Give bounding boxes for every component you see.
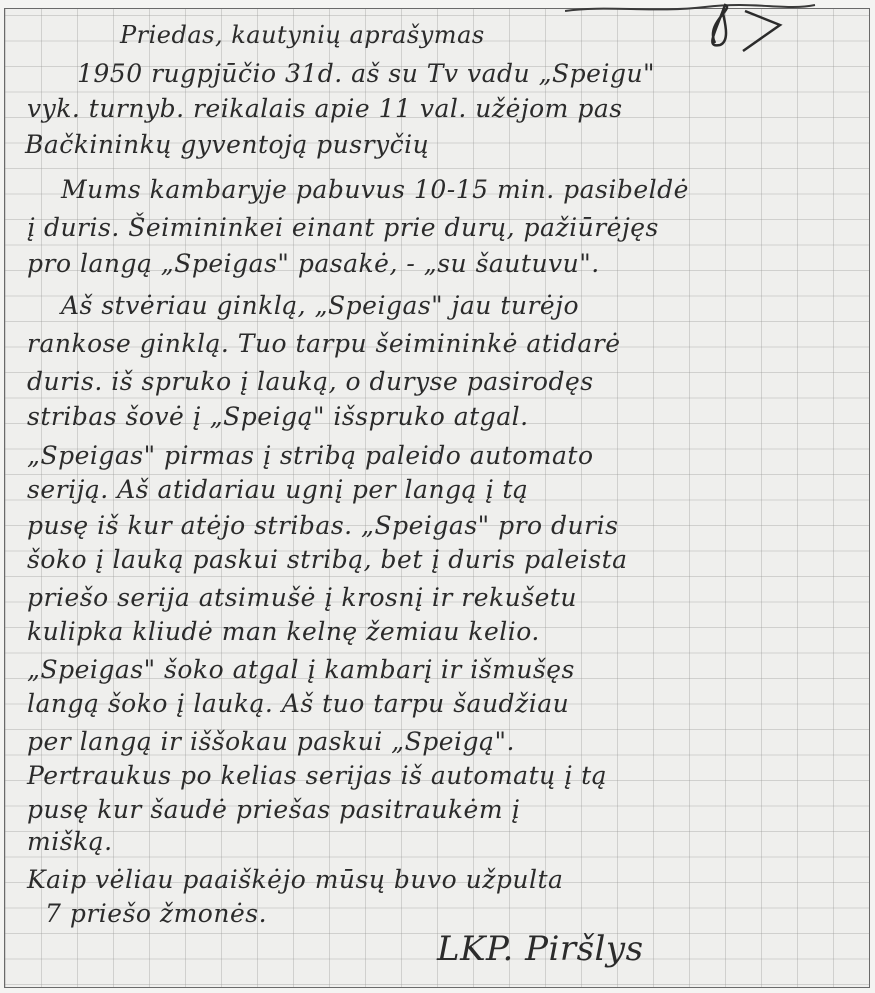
text-line: langą šoko į lauką. Aš tuo tarpu šaudžia… (27, 689, 569, 718)
text-line: 1950 rugpjūčio 31d. aš su Tv vadu „Speig… (77, 59, 655, 88)
text-line: Aš stvėriau ginklą, „Speigas" jau turėjo (61, 291, 579, 320)
text-line: 7 priešo žmonės. (45, 899, 267, 928)
text-line: Pertraukus po kelias serijas iš automatų… (27, 761, 607, 790)
page-number-scribble (565, 3, 875, 63)
grid-paper-page: Priedas, kautynių aprašymas 1950 rugpjūč… (4, 8, 870, 988)
text-line: pusę iš kur atėjo stribas. „Speigas" pro… (27, 511, 618, 540)
text-line: „Speigas" pirmas į stribą paleido automa… (27, 441, 594, 470)
text-line: Mums kambaryje pabuvus 10-15 min. pasibe… (61, 175, 689, 204)
text-line: „Speigas" šoko atgal į kambarį ir išmušę… (27, 655, 575, 684)
text-line: Bačkininkų gyventoją pusryčių (25, 130, 429, 159)
text-line: priešo serija atsimušė į krosnį ir rekuš… (27, 583, 577, 612)
text-line: pro langą „Speigas" pasakė, - „su šautuv… (27, 249, 600, 278)
text-line: kulipka kliudė man kelnę žemiau kelio. (27, 617, 540, 646)
text-line: vyk. turnyb. reikalais apie 11 val. užėj… (27, 94, 623, 123)
text-line: duris. iš spruko į lauką, o duryse pasir… (27, 367, 594, 396)
text-line: į duris. Šeimininkei einant prie durų, p… (27, 213, 659, 242)
text-line: pusę kur šaudė priešas pasitraukėm į (27, 795, 520, 824)
text-line: šoko į lauką paskui stribą, bet į duris … (27, 545, 628, 574)
text-line: Kaip vėliau paaiškėjo mūsų buvo užpulta (27, 865, 563, 894)
text-line: rankose ginklą. Tuo tarpu šeimininkė ati… (27, 329, 621, 358)
text-line: stribas šovė į „Speigą" išspruko atgal. (27, 402, 529, 431)
document-title: Priedas, kautynių aprašymas (120, 21, 485, 49)
text-line: mišką. (27, 827, 113, 856)
text-line: per langą ir iššokau paskui „Speigą". (27, 727, 515, 756)
signature: LKP. Piršlys (437, 929, 644, 969)
text-line: seriją. Aš atidariau ugnį per langą į tą (27, 475, 528, 504)
